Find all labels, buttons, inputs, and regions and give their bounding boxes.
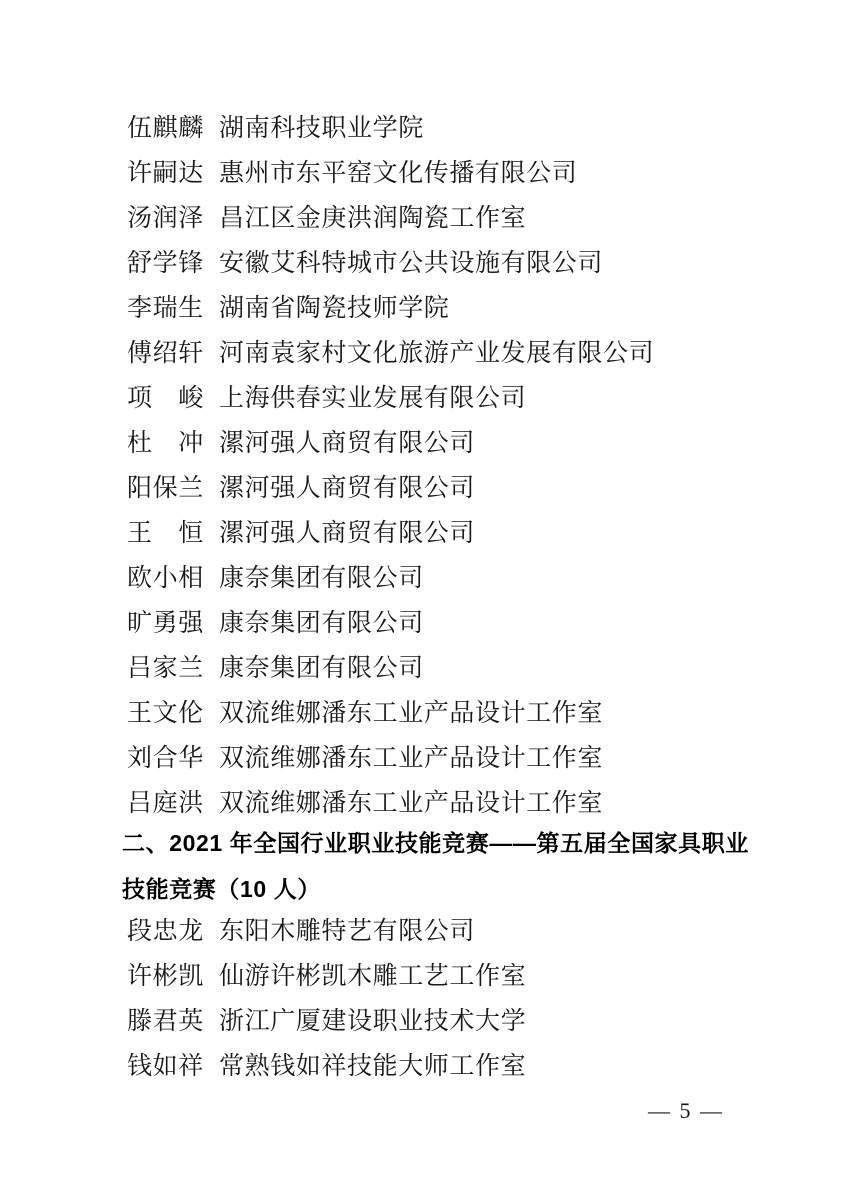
list-item: 伍麒麟 湖南科技职业学院 (127, 103, 818, 148)
organization: 双流维娜潘东工业产品设计工作室 (219, 738, 603, 774)
organization: 安徽艾科特城市公共设施有限公司 (219, 243, 603, 279)
organization: 漯河强人商贸有限公司 (219, 423, 475, 459)
person-name: 旷勇强 (127, 603, 205, 639)
award-list-section-2: 段忠龙 东阳木雕特艺有限公司 许彬凯 仙游许彬凯木雕工艺工作室 滕君英 浙江广厦… (127, 906, 818, 1086)
list-item: 吕庭洪 双流维娜潘东工业产品设计工作室 (127, 778, 818, 823)
list-item: 王文伦 双流维娜潘东工业产品设计工作室 (127, 688, 818, 733)
organization: 惠州市东平窑文化传播有限公司 (219, 153, 577, 189)
person-name: 王文伦 (127, 693, 205, 729)
organization: 双流维娜潘东工业产品设计工作室 (219, 783, 603, 819)
list-item: 滕君英 浙江广厦建设职业技术大学 (127, 996, 818, 1041)
list-item: 许嗣达 惠州市东平窑文化传播有限公司 (127, 148, 818, 193)
person-name: 李瑞生 (127, 288, 205, 324)
organization: 浙江广厦建设职业技术大学 (219, 1001, 526, 1037)
organization: 康奈集团有限公司 (219, 558, 424, 594)
organization: 东阳木雕特艺有限公司 (219, 911, 475, 947)
person-name: 杜 冲 (127, 423, 205, 459)
document-page: 伍麒麟 湖南科技职业学院 许嗣达 惠州市东平窑文化传播有限公司 汤润泽 昌江区金… (0, 0, 848, 1200)
organization: 双流维娜潘东工业产品设计工作室 (219, 693, 603, 729)
list-item: 阳保兰 漯河强人商贸有限公司 (127, 463, 818, 508)
list-item: 欧小相 康奈集团有限公司 (127, 553, 818, 598)
list-item: 舒学锋 安徽艾科特城市公共设施有限公司 (127, 238, 818, 283)
person-name: 阳保兰 (127, 468, 205, 504)
person-name: 伍麒麟 (127, 108, 205, 144)
list-item: 钱如祥 常熟钱如祥技能大师工作室 (127, 1041, 818, 1086)
organization: 昌江区金庚洪润陶瓷工作室 (219, 198, 526, 234)
organization: 湖南省陶瓷技师学院 (219, 288, 449, 324)
section-heading-line-1: 二、2021 年全国行业职业技能竞赛——第五届全国家具职业 (122, 820, 818, 866)
list-item: 项 峻 上海供春实业发展有限公司 (127, 373, 818, 418)
list-item: 李瑞生 湖南省陶瓷技师学院 (127, 283, 818, 328)
person-name: 吕庭洪 (127, 783, 205, 819)
list-item: 杜 冲 漯河强人商贸有限公司 (127, 418, 818, 463)
list-item: 王 恒 漯河强人商贸有限公司 (127, 508, 818, 553)
person-name: 段忠龙 (127, 911, 205, 947)
organization: 湖南科技职业学院 (219, 108, 424, 144)
organization: 常熟钱如祥技能大师工作室 (219, 1046, 526, 1082)
organization: 漯河强人商贸有限公司 (219, 513, 475, 549)
list-item: 旷勇强 康奈集团有限公司 (127, 598, 818, 643)
list-item: 傅绍轩 河南袁家村文化旅游产业发展有限公司 (127, 328, 818, 373)
person-name: 项 峻 (127, 378, 205, 414)
organization: 康奈集团有限公司 (219, 603, 424, 639)
list-item: 段忠龙 东阳木雕特艺有限公司 (127, 906, 818, 951)
person-name: 欧小相 (127, 558, 205, 594)
list-item: 汤润泽 昌江区金庚洪润陶瓷工作室 (127, 193, 818, 238)
person-name: 滕君英 (127, 1001, 205, 1037)
list-item: 吕家兰 康奈集团有限公司 (127, 643, 818, 688)
section-heading: 二、2021 年全国行业职业技能竞赛——第五届全国家具职业 技能竞赛（10 人） (122, 820, 818, 912)
award-list-section-1: 伍麒麟 湖南科技职业学院 许嗣达 惠州市东平窑文化传播有限公司 汤润泽 昌江区金… (127, 103, 818, 823)
page-number: — 5 — (648, 1098, 724, 1124)
list-item: 许彬凯 仙游许彬凯木雕工艺工作室 (127, 951, 818, 996)
person-name: 刘合华 (127, 738, 205, 774)
person-name: 吕家兰 (127, 648, 205, 684)
organization: 漯河强人商贸有限公司 (219, 468, 475, 504)
organization: 仙游许彬凯木雕工艺工作室 (219, 956, 526, 992)
person-name: 王 恒 (127, 513, 205, 549)
list-item: 刘合华 双流维娜潘东工业产品设计工作室 (127, 733, 818, 778)
person-name: 钱如祥 (127, 1046, 205, 1082)
person-name: 汤润泽 (127, 198, 205, 234)
organization: 康奈集团有限公司 (219, 648, 424, 684)
organization: 河南袁家村文化旅游产业发展有限公司 (219, 333, 654, 369)
person-name: 傅绍轩 (127, 333, 205, 369)
person-name: 许彬凯 (127, 956, 205, 992)
person-name: 舒学锋 (127, 243, 205, 279)
person-name: 许嗣达 (127, 153, 205, 189)
organization: 上海供春实业发展有限公司 (219, 378, 526, 414)
